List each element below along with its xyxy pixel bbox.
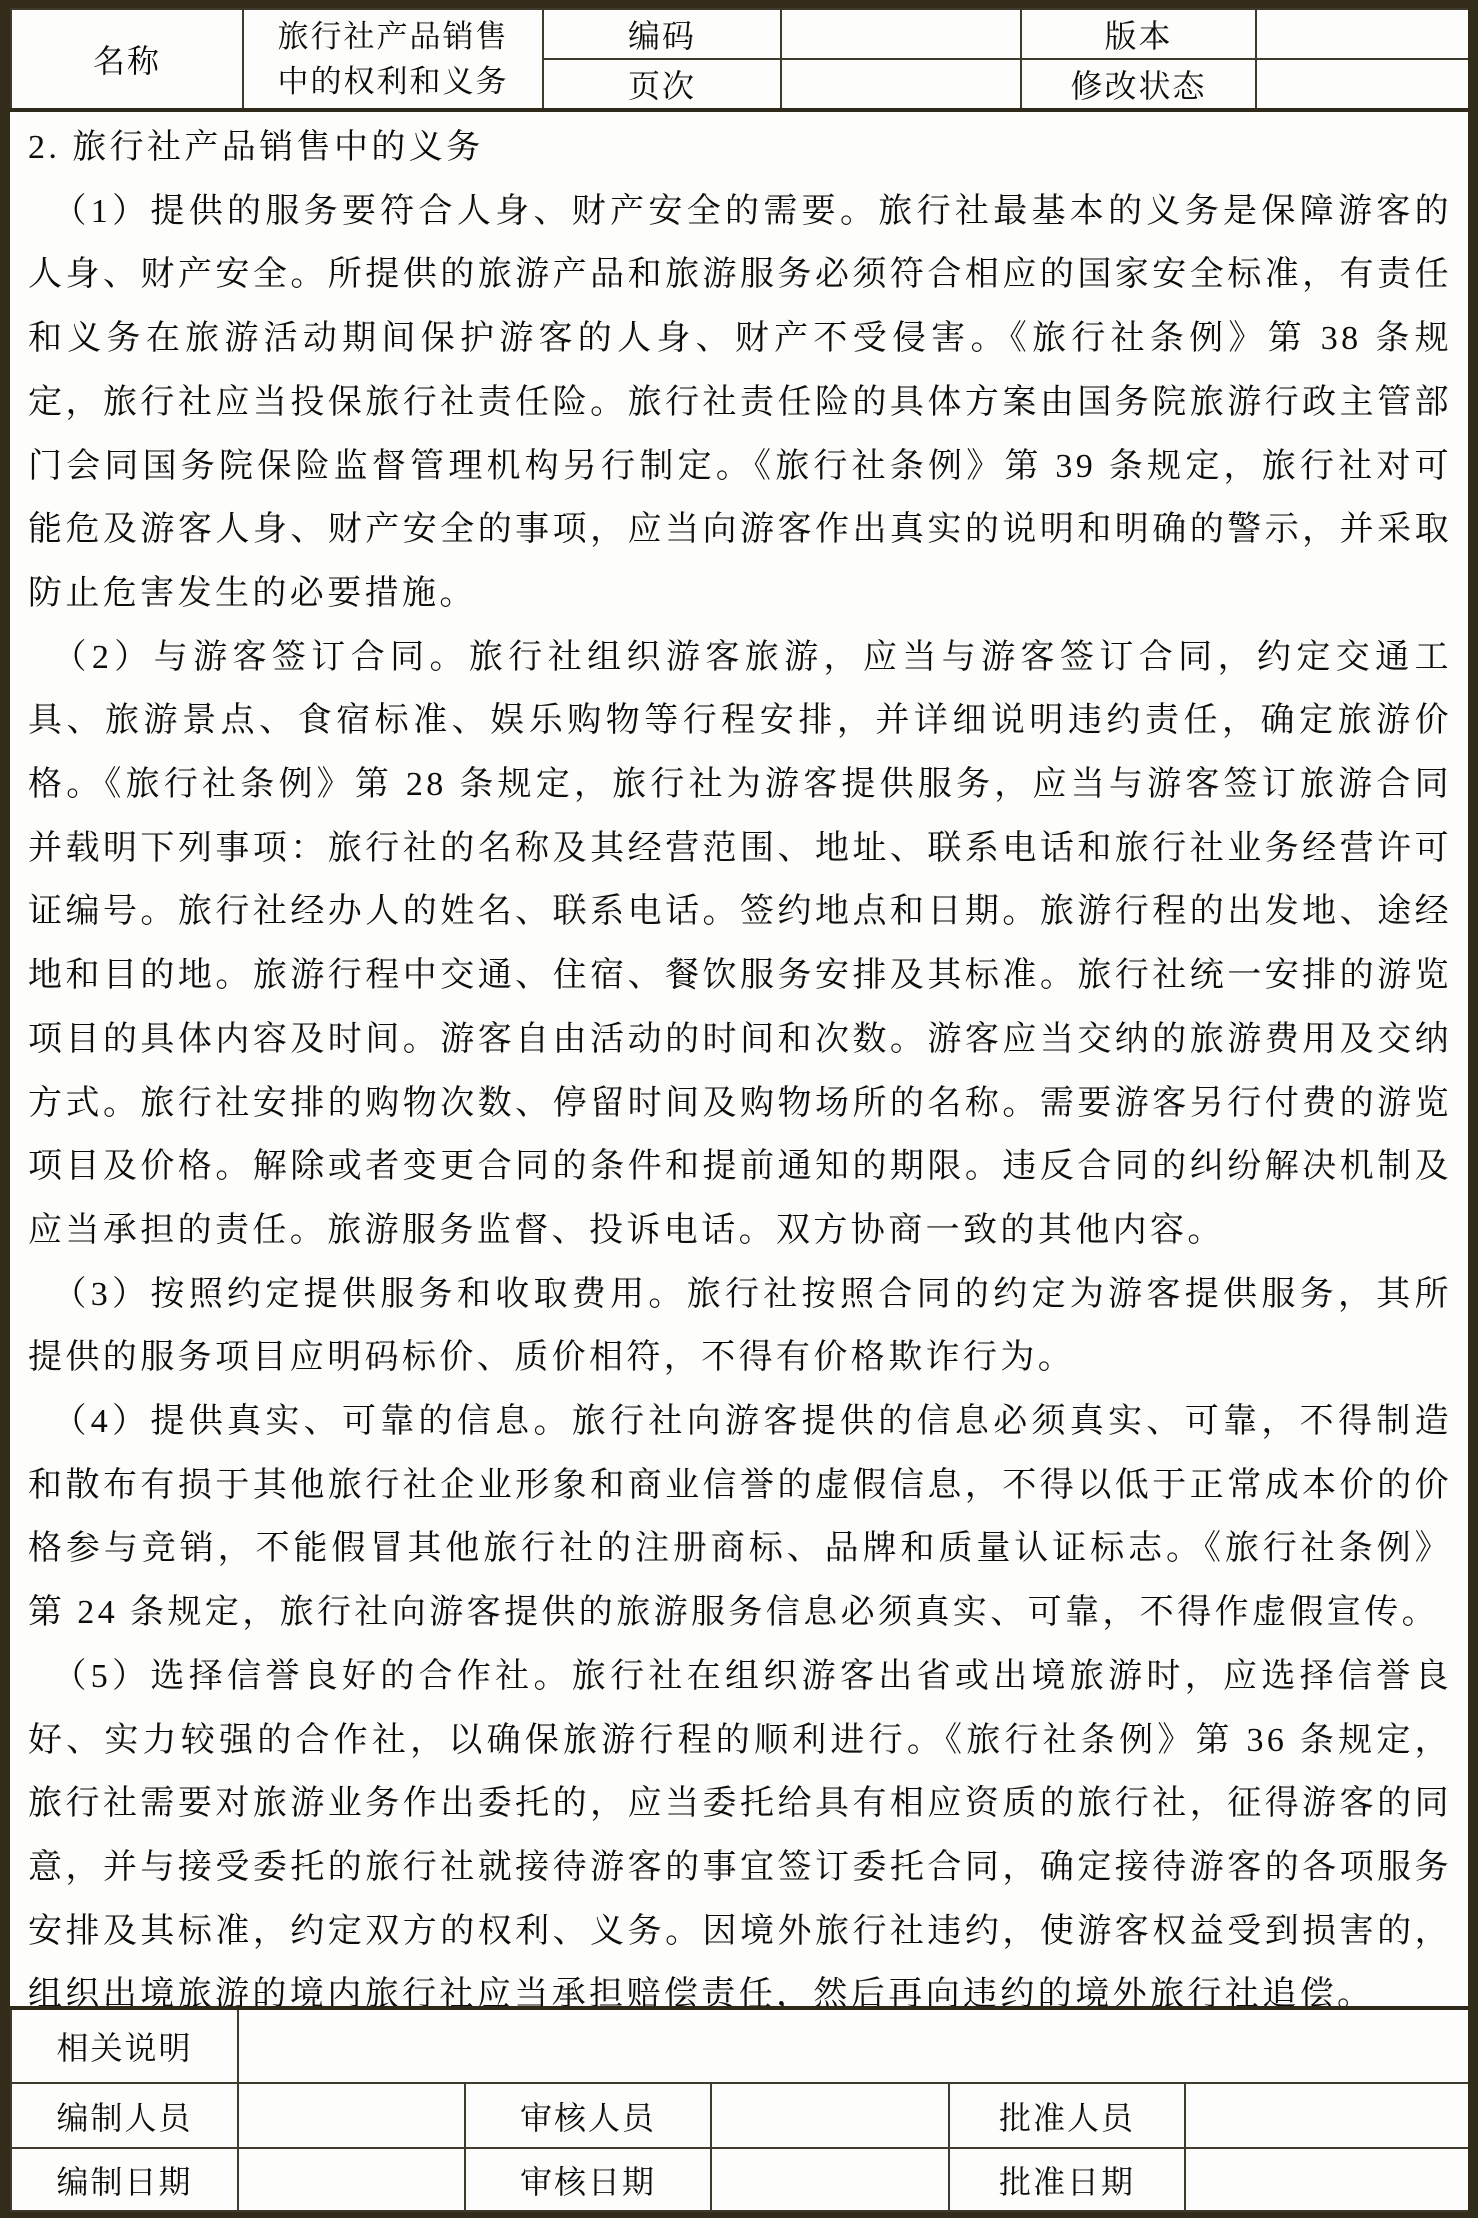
revision-value-cell (1256, 59, 1469, 110)
doc-title-line2: 中的权利和义务 (245, 59, 541, 104)
paragraph-4: （4）提供真实、可靠的信息。旅行社向游客提供的信息必须真实、可靠，不得制造和散布… (28, 1390, 1452, 1645)
review-date-value-cell (711, 2148, 949, 2211)
name-label-cell: 名称 (11, 9, 243, 110)
prepare-date-value-cell (238, 2148, 465, 2211)
code-label-cell: 编码 (543, 9, 781, 59)
version-label-cell: 版本 (1021, 9, 1256, 59)
preparer-label-cell: 编制人员 (11, 2083, 238, 2148)
approve-date-label-cell: 批准日期 (949, 2148, 1185, 2211)
footer-table: 相关说明 编制人员 审核人员 批准人员 编制日期 审核日期 批准日期 (10, 2006, 1470, 2212)
reviewer-label-cell: 审核人员 (465, 2083, 711, 2148)
section-heading: 2. 旅行社产品销售中的义务 (28, 116, 1452, 180)
page-label-cell: 页次 (543, 59, 781, 110)
revision-label-cell: 修改状态 (1021, 59, 1256, 110)
version-value-cell (1256, 9, 1469, 59)
preparer-value-cell (238, 2083, 465, 2148)
notes-value-cell (238, 2008, 1469, 2083)
paragraph-1: （1）提供的服务要符合人身、财产安全的需要。旅行社最基本的义务是保障游客的人身、… (28, 180, 1452, 626)
notes-label-cell: 相关说明 (11, 2008, 238, 2083)
code-value-cell (781, 9, 1021, 59)
header-table: 名称 旅行社产品销售 中的权利和义务 编码 版本 页次 修改状态 (10, 8, 1470, 112)
doc-title-cell: 旅行社产品销售 中的权利和义务 (243, 9, 543, 110)
paragraph-3: （3）按照约定提供服务和收取费用。旅行社按照合同的约定为游客提供服务，其所提供的… (28, 1263, 1452, 1390)
doc-title-line1: 旅行社产品销售 (245, 14, 541, 59)
page-value-cell (781, 59, 1021, 110)
approver-value-cell (1185, 2083, 1469, 2148)
paragraph-5: （5）选择信誉良好的合作社。旅行社在组织游客出省或出境旅游时，应选择信誉良好、实… (28, 1645, 1452, 2006)
reviewer-value-cell (711, 2083, 949, 2148)
paragraph-2: （2）与游客签订合同。旅行社组织游客旅游，应当与游客签订合同，约定交通工具、旅游… (28, 626, 1452, 1263)
approve-date-value-cell (1185, 2148, 1469, 2211)
document-body: 2. 旅行社产品销售中的义务 （1）提供的服务要符合人身、财产安全的需要。旅行社… (10, 112, 1468, 2006)
document-page: 名称 旅行社产品销售 中的权利和义务 编码 版本 页次 修改状态 2. 旅行社产… (0, 0, 1478, 2218)
review-date-label-cell: 审核日期 (465, 2148, 711, 2211)
approver-label-cell: 批准人员 (949, 2083, 1185, 2148)
prepare-date-label-cell: 编制日期 (11, 2148, 238, 2211)
